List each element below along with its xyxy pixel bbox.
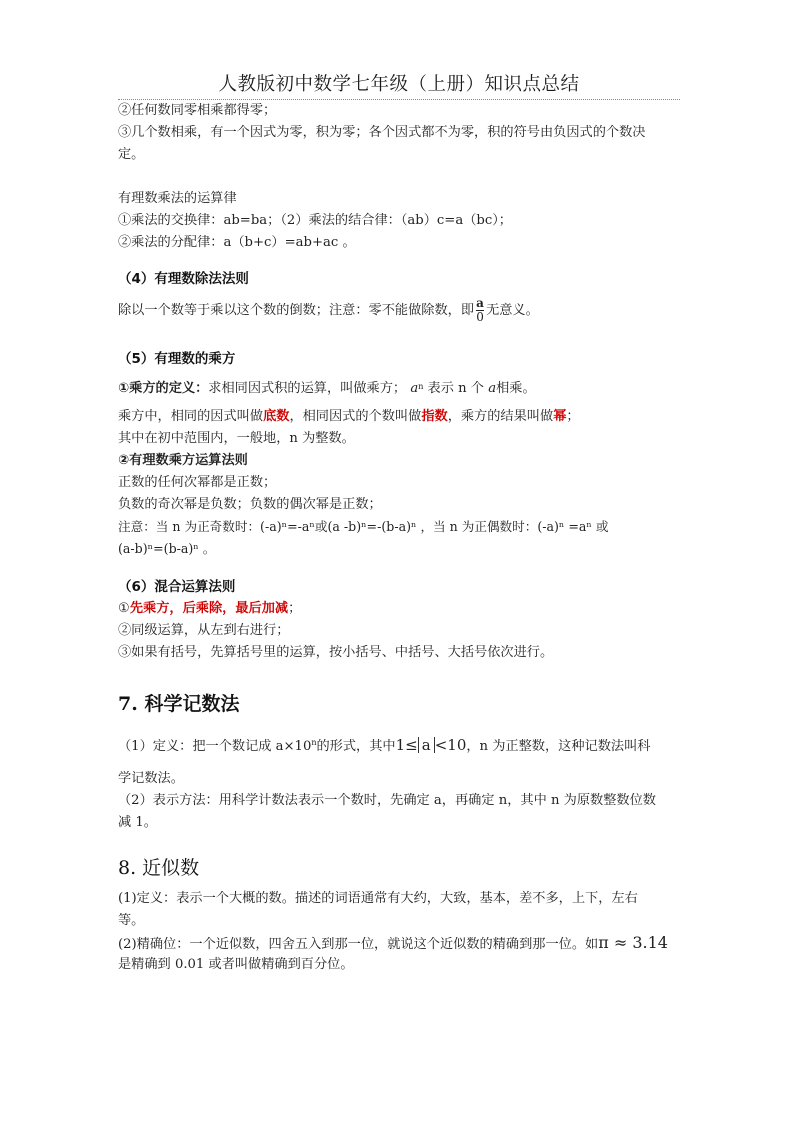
section-7-method-line1: （2）表示方法：用科学计数法表示一个数时，先确定 a，再确定 n，其中 n 为原… (118, 790, 690, 812)
power-base-symbol: a (410, 381, 418, 396)
document-body: ②任何数同零相乘都得零； ③几个数相乘，有一个因式为零，积为零；各个因式都不为零… (118, 100, 690, 976)
mixed-rule-3: ③如果有括号，先算括号里的运算，按小括号、中括号、大括号依次进行。 (118, 642, 690, 664)
fraction-denominator: 0 (476, 311, 484, 324)
mixed-rule-1-suffix: ； (288, 601, 301, 616)
section-7-title: 7. 科学记数法 (118, 690, 690, 718)
power-terms-text-1: 乘方中，相同的因式叫做 (118, 409, 263, 424)
power-exponent-symbol: n (418, 382, 423, 391)
power-definition: ①乘方的定义：求相同因式积的运算，叫做乘方； an 表示 n 个 a相乘。 (118, 378, 690, 400)
power-definition-tail-1: 表示 n 个 (428, 381, 484, 396)
multiplication-law-1: ①乘法的交换律：ab=ba；（2）乘法的结合律：（ab）c=a（bc）； (118, 210, 690, 232)
division-rule: 除以一个数等于乘以这个数的倒数；注意：零不能做除数，即a0无意义。 (118, 296, 690, 326)
power-scope: 其中在初中范围内，一般地，n 为整数。 (118, 428, 690, 450)
multiplication-laws-title: 有理数乘法的运算律 (118, 188, 690, 210)
section-8-definition-line2: 等。 (118, 910, 690, 932)
power-heading: （5）有理数的乘方 (118, 348, 690, 370)
power-terms-text-4: ； (566, 409, 579, 424)
mixed-rule-1: ①先乘方，后乘除，最后加减； (118, 598, 690, 620)
power-terms-text-3: ，乘方的结果叫做 (448, 409, 554, 424)
section-7-definition-line2: 学记数法。 (118, 768, 690, 790)
power-note-line1: 注意：当 n 为正奇数时：(-a)ⁿ=-aⁿ或(a -b)ⁿ=-(b-a)ⁿ ，… (118, 516, 690, 538)
term-base-highlight: 底数 (263, 409, 289, 424)
multiplication-law-2: ②乘法的分配律：a（b+c）=ab+ac 。 (118, 232, 690, 254)
section-8-title: 8. 近似数 (118, 854, 690, 882)
multiplication-rule-3-line1: ③几个数相乘，有一个因式为零，积为零；各个因式都不为零，积的符号由负因式的个数决 (118, 122, 690, 144)
power-terms-text-2: ，相同因式的个数叫做 (289, 409, 421, 424)
multiplication-rule-2: ②任何数同零相乘都得零； (118, 100, 690, 122)
sci-notation-def-2: 的形式，其中 (317, 739, 396, 754)
section-8-precision-line2: 是精确到 0.01 或者叫做精确到百分位。 (118, 954, 690, 976)
mixed-rule-1-highlight: 先乘方，后乘除，最后加减 (130, 601, 288, 616)
page-header-title: 人教版初中数学七年级（上册）知识点总结 (118, 72, 680, 98)
precision-text: (2)精确位：一个近似数，四舍五入到那一位，就说这个近似数的精确到那一位。如 (118, 937, 598, 952)
section-8-definition-line1: (1)定义：表示一个大概的数。描述的词语通常有大约，大致，基本，差不多，上下，左… (118, 888, 690, 910)
power-variable-symbol: a (488, 381, 496, 396)
pi-approximation: π ≈ 3.14 (598, 933, 668, 952)
power-rules-heading: ②有理数乘方运算法则 (118, 450, 690, 472)
sci-notation-abs-a: a (418, 737, 435, 753)
power-note-line2: (a-b)ⁿ=(b-a)ⁿ 。 (118, 538, 690, 560)
term-power-highlight: 幂 (553, 409, 566, 424)
section-8-precision-line1: (2)精确位：一个近似数，四舍五入到那一位，就说这个近似数的精确到那一位。如π … (118, 932, 690, 954)
fraction-a-over-0: a0 (476, 297, 484, 324)
power-rule-1: 正数的任何次幂都是正数； (118, 472, 690, 494)
multiplication-rule-3-line2: 定。 (118, 144, 690, 166)
division-heading: （4）有理数除法法则 (118, 268, 690, 290)
division-text-before: 除以一个数等于乘以这个数的倒数；注意：零不能做除数，即 (118, 303, 474, 318)
fraction-numerator: a (476, 297, 484, 310)
power-definition-tail-2: 相乘。 (496, 381, 536, 396)
sci-notation-def-1: （1）定义：把一个数记成 a×10 (118, 739, 311, 754)
section-7-method-line2: 减 1。 (118, 812, 690, 834)
power-rule-2: 负数的奇次幂是负数；负数的偶次幂是正数； (118, 494, 690, 516)
power-definition-text: 求相同因式积的运算，叫做乘方； (208, 381, 406, 396)
term-exponent-highlight: 指数 (421, 409, 447, 424)
sci-notation-range-high: <10 (435, 736, 467, 754)
sci-notation-range-low: 1≤ (396, 736, 418, 754)
mixed-rule-1-prefix: ① (118, 601, 130, 616)
sci-notation-exponent: n (311, 738, 316, 747)
power-definition-label: ①乘方的定义： (118, 381, 208, 396)
power-terms: 乘方中，相同的因式叫做底数，相同因式的个数叫做指数，乘方的结果叫做幂； (118, 406, 690, 428)
section-7-definition: （1）定义：把一个数记成 a×10n的形式，其中1≤a<10，n 为正整数，这种… (118, 732, 690, 758)
mixed-rule-2: ②同级运算，从左到右进行； (118, 620, 690, 642)
mixed-operations-heading: （6）混合运算法则 (118, 576, 690, 598)
sci-notation-def-3: ，n 为正整数，这种记数法叫科 (466, 739, 650, 754)
division-text-after: 无意义。 (486, 303, 539, 318)
